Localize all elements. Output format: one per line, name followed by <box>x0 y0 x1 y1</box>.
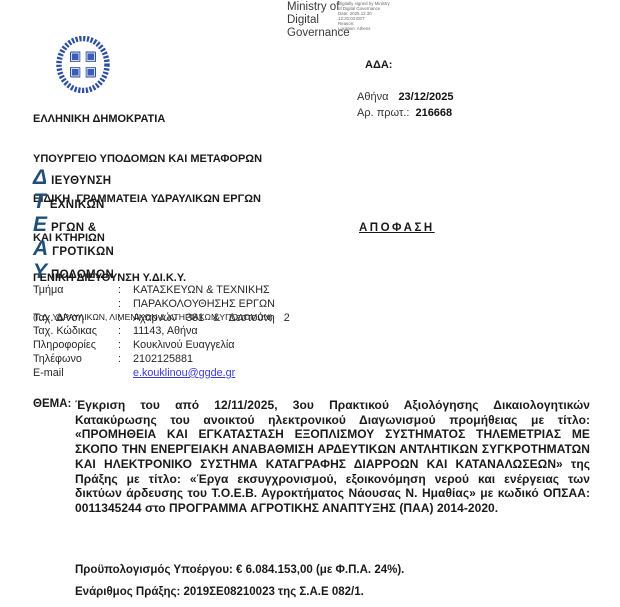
contact-row-information: Πληροφορίες : Κουκλινού Ευαγγελία <box>33 339 333 353</box>
contact-value: 2102125881 <box>133 353 333 367</box>
contact-colon: : <box>118 353 133 367</box>
contact-colon: : <box>118 284 133 298</box>
contact-table: Τμήμα : ΚΑΤΑΣΚΕΥΩΝ & ΤΕΧΝΙΚΗΣ : ΠΑΡΑΚΟΛΟ… <box>33 284 333 381</box>
directorate-rest: ΕΧΝΙΚΩΝ <box>50 199 105 211</box>
directorate-rest: ΓΡΟΤΙΚΩΝ <box>52 246 114 258</box>
directorate-initial: Τ <box>33 190 46 214</box>
digital-signature-details: Digitally signed by Ministry of Digital … <box>338 2 433 31</box>
subject-text: Έγκριση του από 12/11/2025, 3ου Πρακτικο… <box>75 398 590 516</box>
contact-row-phone: Τηλέφωνο : 2102125881 <box>33 353 333 367</box>
contact-row-department: Τμήμα : ΚΑΤΑΣΚΕΥΩΝ & ΤΕΧΝΙΚΗΣ <box>33 284 333 298</box>
city-label: Αθήνα <box>357 91 388 103</box>
document-date: 23/12/2025 <box>398 91 453 103</box>
directorate-initial: Υ <box>33 260 47 284</box>
contact-row-email: E-mail e.kouklinou@ggde.gr <box>33 367 333 381</box>
email-link[interactable]: e.kouklinou@ggde.gr <box>133 367 333 381</box>
contact-row-postal-code: Ταχ. Κώδικας : 11143, Αθήνα <box>33 325 333 339</box>
directorate-block: Δ ΙΕΥΘΥΝΣΗ Τ ΕΧΝΙΚΩΝ Ε ΡΓΩΝ & Α ΓΡΟΤΙΚΩΝ… <box>33 166 114 284</box>
directorate-line: Τ ΕΧΝΙΚΩΝ <box>33 190 114 214</box>
contact-label: Πληροφορίες <box>33 339 118 353</box>
header-line-ministry: ΥΠΟΥΡΓΕΙΟ ΥΠΟΔΟΜΩΝ ΚΑΙ ΜΕΤΑΦΟΡΩΝ <box>33 153 273 166</box>
greek-coat-of-arms-icon <box>56 36 110 93</box>
contact-value: 11143, Αθήνα <box>133 325 333 339</box>
contact-colon: : <box>118 325 133 339</box>
subject-section: ΘΕΜΑ: Έγκριση του από 12/11/2025, 3ου Πρ… <box>33 398 590 516</box>
subject-label: ΘΕΜΑ: <box>33 398 75 516</box>
directorate-rest: ΙΕΥΘΥΝΣΗ <box>51 175 111 187</box>
contact-label <box>33 298 118 312</box>
contact-value: Αχαρνών 381 & Δεστούνη 2 <box>133 312 333 326</box>
date-row: Αθήνα23/12/2025 <box>357 91 454 103</box>
contact-colon <box>118 367 133 381</box>
enarithmos-line: Ενάριθμος Πράξης: 2019ΣΕ08210023 της Σ.Α… <box>75 586 364 598</box>
contact-label: E-mail <box>33 367 118 381</box>
contact-label: Τμήμα <box>33 284 118 298</box>
directorate-initial: Α <box>33 237 48 261</box>
directorate-rest: ΡΓΩΝ & <box>51 222 96 234</box>
contact-value: ΚΑΤΑΣΚΕΥΩΝ & ΤΕΧΝΙΚΗΣ <box>133 284 333 298</box>
contact-value: ΠΑΡΑΚΟΛΟΥΘΗΣΗΣ ΕΡΓΩΝ <box>133 298 333 312</box>
directorate-line: Υ ΠΟΔΟΜΩΝ <box>33 260 114 284</box>
contact-label: Τηλέφωνο <box>33 353 118 367</box>
contact-value: Κουκλινού Ευαγγελία <box>133 339 333 353</box>
contact-label: Ταχ. Κώδικας <box>33 325 118 339</box>
decision-title: ΑΠΟΦΑΣΗ <box>359 222 435 234</box>
directorate-rest: ΠΟΔΟΜΩΝ <box>51 269 114 281</box>
directorate-line: Α ΓΡΟΤΙΚΩΝ <box>33 237 114 261</box>
ada-label: ΑΔΑ: <box>365 59 392 71</box>
contact-colon: : <box>118 298 133 312</box>
contact-row-address: Ταχ. Δ/νση : Αχαρνών 381 & Δεστούνη 2 <box>33 312 333 326</box>
contact-label: Ταχ. Δ/νση <box>33 312 118 326</box>
directorate-line: Δ ΙΕΥΘΥΝΣΗ <box>33 166 114 190</box>
signature-line: Location: Athens <box>338 27 433 32</box>
contact-row-department2: : ΠΑΡΑΚΟΛΟΥΘΗΣΗΣ ΕΡΓΩΝ <box>33 298 333 312</box>
contact-colon: : <box>118 339 133 353</box>
protocol-row: Αρ. πρωτ.:216668 <box>357 107 452 119</box>
directorate-initial: Δ <box>33 166 47 190</box>
document-page: { "stamp": { "name_line1": "Ministry of"… <box>0 0 620 607</box>
directorate-line: Ε ΡΓΩΝ & <box>33 213 114 237</box>
directorate-initial: Ε <box>33 213 47 237</box>
contact-colon: : <box>118 312 133 326</box>
protocol-number: 216668 <box>415 107 452 119</box>
header-line-republic: ΕΛΛΗΝΙΚΗ ΔΗΜΟΚΡΑΤΙΑ <box>33 113 273 126</box>
protocol-label: Αρ. πρωτ.: <box>357 107 409 119</box>
budget-line: Προϋπολογισμός Υποέργου: € 6.084.153,00 … <box>75 564 404 576</box>
